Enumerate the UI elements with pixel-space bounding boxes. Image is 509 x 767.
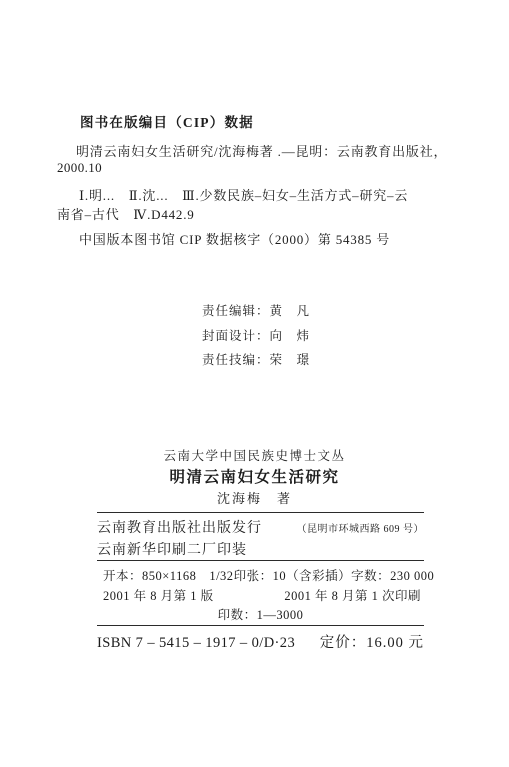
publisher-line: 云南教育出版社出版发行 xyxy=(97,517,262,537)
isbn: ISBN 7 – 5415 – 1917 – 0/D·23 xyxy=(97,635,295,652)
series-title: 云南大学中国民族史博士文丛 xyxy=(0,446,509,464)
cip-entry-line-2: 2000.10 xyxy=(57,160,102,176)
edition-row: 2001 年 8 月第 1 版 2001 年 8 月第 1 次印刷 xyxy=(103,586,421,604)
staff-line-technical-editor: 责任技编：荣 璟 xyxy=(202,348,310,373)
sheets-spec: 印张：10（含彩插） xyxy=(234,566,352,584)
cip-classification-line-1: Ⅰ.明... Ⅱ.沈... Ⅲ.少数民族–妇女–生活方式–研究–云 xyxy=(79,185,408,204)
book-title: 明清云南妇女生活研究 xyxy=(0,465,509,487)
imprint-rule-top xyxy=(97,512,424,513)
cip-entry-line-1: 明清云南妇女生活研究/沈海梅著 .—昆明：云南教育出版社， xyxy=(76,141,447,160)
colophon-page: 图书在版编目（CIP）数据 明清云南妇女生活研究/沈海梅著 .—昆明：云南教育出… xyxy=(0,0,509,767)
format-row: 开本：850×1168 1/32 印张：10（含彩插） 字数：230 000 xyxy=(103,566,421,584)
print-run: 印数：1—3000 xyxy=(97,605,424,623)
price: 定价：16.00 元 xyxy=(320,631,424,652)
cip-heading: 图书在版编目（CIP）数据 xyxy=(80,111,254,131)
edition-date: 2001 年 8 月第 1 版 xyxy=(103,586,214,604)
printer-line: 云南新华印刷二厂印装 xyxy=(97,539,247,559)
publisher-row: 云南教育出版社出版发行 （昆明市环城西路 609 号） xyxy=(97,517,424,537)
staff-credits: 责任编辑：黄 凡 封面设计：向 炜 责任技编：荣 璟 xyxy=(202,299,310,373)
staff-line-cover-design: 封面设计：向 炜 xyxy=(202,324,310,349)
impression-date: 2001 年 8 月第 1 次印刷 xyxy=(284,586,421,604)
cip-record-number: 中国版本图书馆 CIP 数据核字（2000）第 54385 号 xyxy=(79,229,390,248)
imprint-rule-bottom xyxy=(97,625,424,626)
book-author: 沈海梅 著 xyxy=(0,488,509,507)
format-spec: 开本：850×1168 1/32 xyxy=(103,566,234,584)
isbn-row: ISBN 7 – 5415 – 1917 – 0/D·23 定价：16.00 元 xyxy=(97,631,424,652)
staff-line-editor: 责任编辑：黄 凡 xyxy=(202,299,310,324)
imprint-rule-middle xyxy=(97,560,424,561)
word-count-spec: 字数：230 000 xyxy=(351,566,434,584)
cip-classification-line-2: 南省–古代 Ⅳ.D442.9 xyxy=(57,204,195,223)
publisher-address: （昆明市环城西路 609 号） xyxy=(297,520,425,535)
